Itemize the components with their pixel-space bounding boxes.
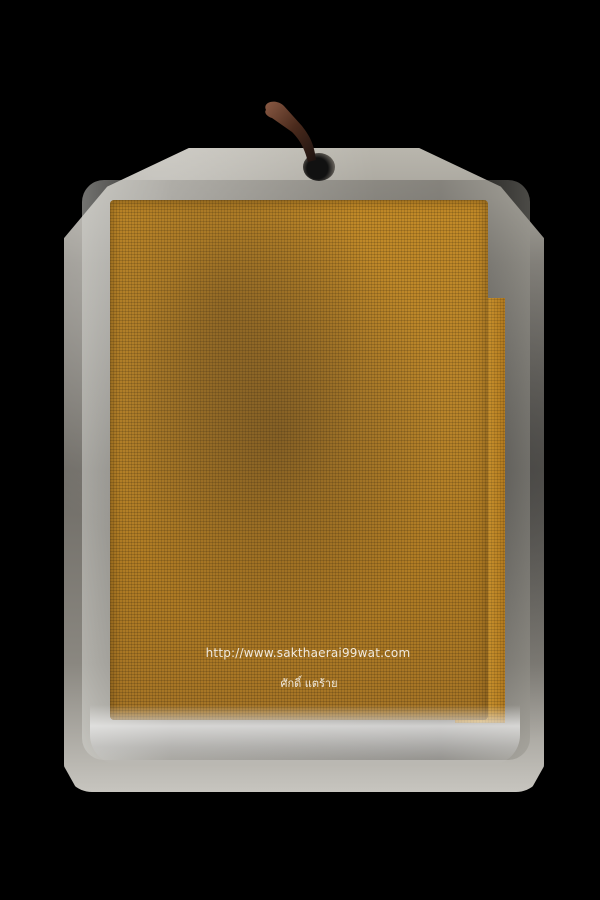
casing-frosted-bottom [90,705,520,765]
saffron-robe-cloth [110,200,488,720]
metal-bail-hook-icon [258,100,320,180]
watermark-name: ศักดิ์ แตร้าย [0,674,600,692]
watermark-url: http://www.sakthaerai99wat.com [0,646,600,660]
photo-scene: http://www.sakthaerai99wat.com ศักดิ์ แต… [0,0,600,900]
